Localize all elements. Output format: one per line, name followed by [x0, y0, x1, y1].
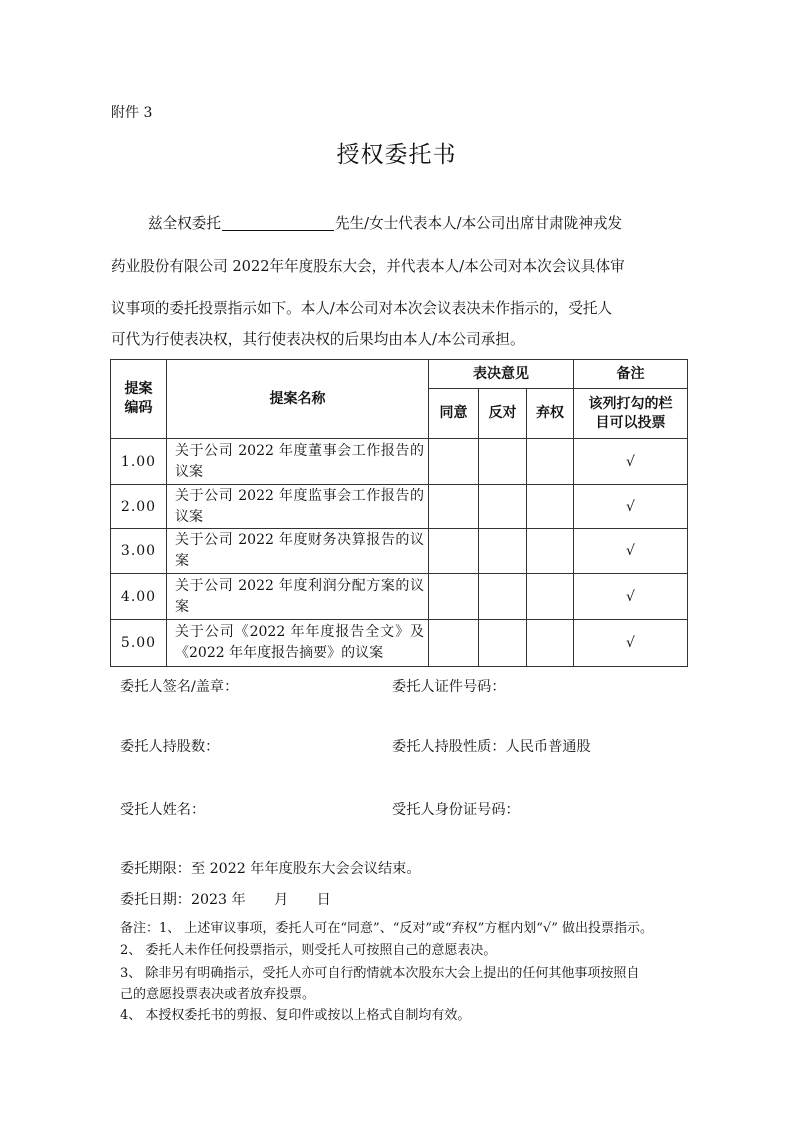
- proposal-vote-table: 提案 编码 提案名称 表决意见 备注 同意 反对 弃权 该列打勾的栏 目可以投票…: [110, 359, 688, 667]
- proposal-code: 5.00: [111, 620, 167, 667]
- principal-id-field[interactable]: 委托人证件号码：: [392, 676, 506, 696]
- checkmark-icon: √: [574, 529, 688, 574]
- header-code-line-2: 编码: [111, 399, 166, 418]
- header-remark-line-2: 目可以投票: [574, 414, 687, 433]
- proposal-name: 关于公司 2022 年度财务决算报告的议案: [167, 529, 429, 574]
- agent-name-blank[interactable]: [222, 216, 334, 231]
- principal-shares-field[interactable]: 委托人持股数：: [120, 736, 219, 756]
- delegation-date[interactable]: 委托日期：2023 年 月 日: [120, 889, 331, 909]
- principal-signature-field[interactable]: 委托人签名/盖章：: [120, 676, 238, 696]
- oppose-cell[interactable]: [479, 620, 527, 667]
- abstain-cell[interactable]: [527, 485, 574, 529]
- proposal-name: 关于公司 2022 年度利润分配方案的议案: [167, 574, 429, 620]
- oppose-cell[interactable]: [479, 529, 527, 574]
- proposal-name: 关于公司《2022 年年度报告全文》及《2022 年年度报告摘要》的议案: [167, 620, 429, 667]
- agree-cell[interactable]: [429, 620, 479, 667]
- table-row: 1.00 关于公司 2022 年度董事会工作报告的议案 √: [111, 439, 688, 485]
- agent-id-field[interactable]: 受托人身份证号码：: [392, 799, 520, 819]
- document-title: 授权委托书: [0, 136, 793, 169]
- header-code-line-1: 提案: [111, 380, 166, 399]
- note-2: 2、 委托人未作任何投票指示，则受托人可按照自己的意愿表决。: [120, 939, 496, 958]
- delegation-term: 委托期限：至 2022 年年度股东大会会议结束。: [120, 858, 421, 878]
- header-remark-desc: 该列打勾的栏 目可以投票: [574, 389, 688, 439]
- table-row: 5.00 关于公司《2022 年年度报告全文》及《2022 年年度报告摘要》的议…: [111, 620, 688, 667]
- header-agree: 同意: [429, 389, 479, 439]
- agent-name-field[interactable]: 受托人姓名：: [120, 799, 205, 819]
- note-1: 备注：1、 上述审议事项，委托人可在“同意”、“反对”或“弃权”方框内划“√” …: [120, 917, 653, 936]
- oppose-cell[interactable]: [479, 574, 527, 620]
- oppose-cell[interactable]: [479, 439, 527, 485]
- table-row: 3.00 关于公司 2022 年度财务决算报告的议案 √: [111, 529, 688, 574]
- intro-line-1-post: 先生/女士代表本人/本公司出席甘肃陇神戎发: [335, 215, 622, 232]
- header-remark-line-1: 该列打勾的栏: [574, 395, 687, 414]
- header-proposal-code: 提案 编码: [111, 360, 167, 439]
- header-oppose: 反对: [479, 389, 527, 439]
- principal-share-type-field: 委托人持股性质：人民币普通股: [392, 736, 591, 756]
- intro-line-2: 药业股份有限公司 2022年年度股东大会，并代表本人/本公司对本次会议具体审: [111, 255, 625, 276]
- checkmark-icon: √: [574, 439, 688, 485]
- header-proposal-name: 提案名称: [167, 360, 429, 439]
- agree-cell[interactable]: [429, 529, 479, 574]
- agree-cell[interactable]: [429, 574, 479, 620]
- intro-line-3: 议事项的委托投票指示如下。本人/本公司对本次会议表决未作指示的，受托人: [111, 297, 612, 318]
- intro-line-1-pre: 兹全权委托: [148, 215, 221, 232]
- checkmark-icon: √: [574, 574, 688, 620]
- proposal-code: 2.00: [111, 485, 167, 529]
- attachment-label: 附件 3: [111, 102, 152, 122]
- abstain-cell[interactable]: [527, 620, 574, 667]
- proposal-code: 1.00: [111, 439, 167, 485]
- intro-line-1: 兹全权委托先生/女士代表本人/本公司出席甘肃陇神戎发: [148, 212, 622, 233]
- proposal-name: 关于公司 2022 年度监事会工作报告的议案: [167, 485, 429, 529]
- header-abstain: 弃权: [527, 389, 574, 439]
- table-row: 4.00 关于公司 2022 年度利润分配方案的议案 √: [111, 574, 688, 620]
- header-vote-opinion: 表决意见: [429, 360, 574, 389]
- proposal-name: 关于公司 2022 年度董事会工作报告的议案: [167, 439, 429, 485]
- abstain-cell[interactable]: [527, 574, 574, 620]
- proposal-code: 3.00: [111, 529, 167, 574]
- note-4: 4、 本授权委托书的剪报、复印件或按以上格式自制均有效。: [120, 1004, 470, 1023]
- intro-line-4: 可代为行使表决权，其行使表决权的后果均由本人/本公司承担。: [111, 328, 525, 349]
- agree-cell[interactable]: [429, 485, 479, 529]
- agree-cell[interactable]: [429, 439, 479, 485]
- abstain-cell[interactable]: [527, 529, 574, 574]
- oppose-cell[interactable]: [479, 485, 527, 529]
- checkmark-icon: √: [574, 620, 688, 667]
- abstain-cell[interactable]: [527, 439, 574, 485]
- table-row: 2.00 关于公司 2022 年度监事会工作报告的议案 √: [111, 485, 688, 529]
- checkmark-icon: √: [574, 485, 688, 529]
- note-3-line-1: 3、 除非另有明确指示，受托人亦可自行酌情就本次股东大会上提出的任何其他事项按照…: [120, 962, 639, 981]
- proposal-code: 4.00: [111, 574, 167, 620]
- note-3-line-2: 己的意愿投票表决或者放弃投票。: [120, 983, 315, 1002]
- header-remark: 备注: [574, 360, 688, 389]
